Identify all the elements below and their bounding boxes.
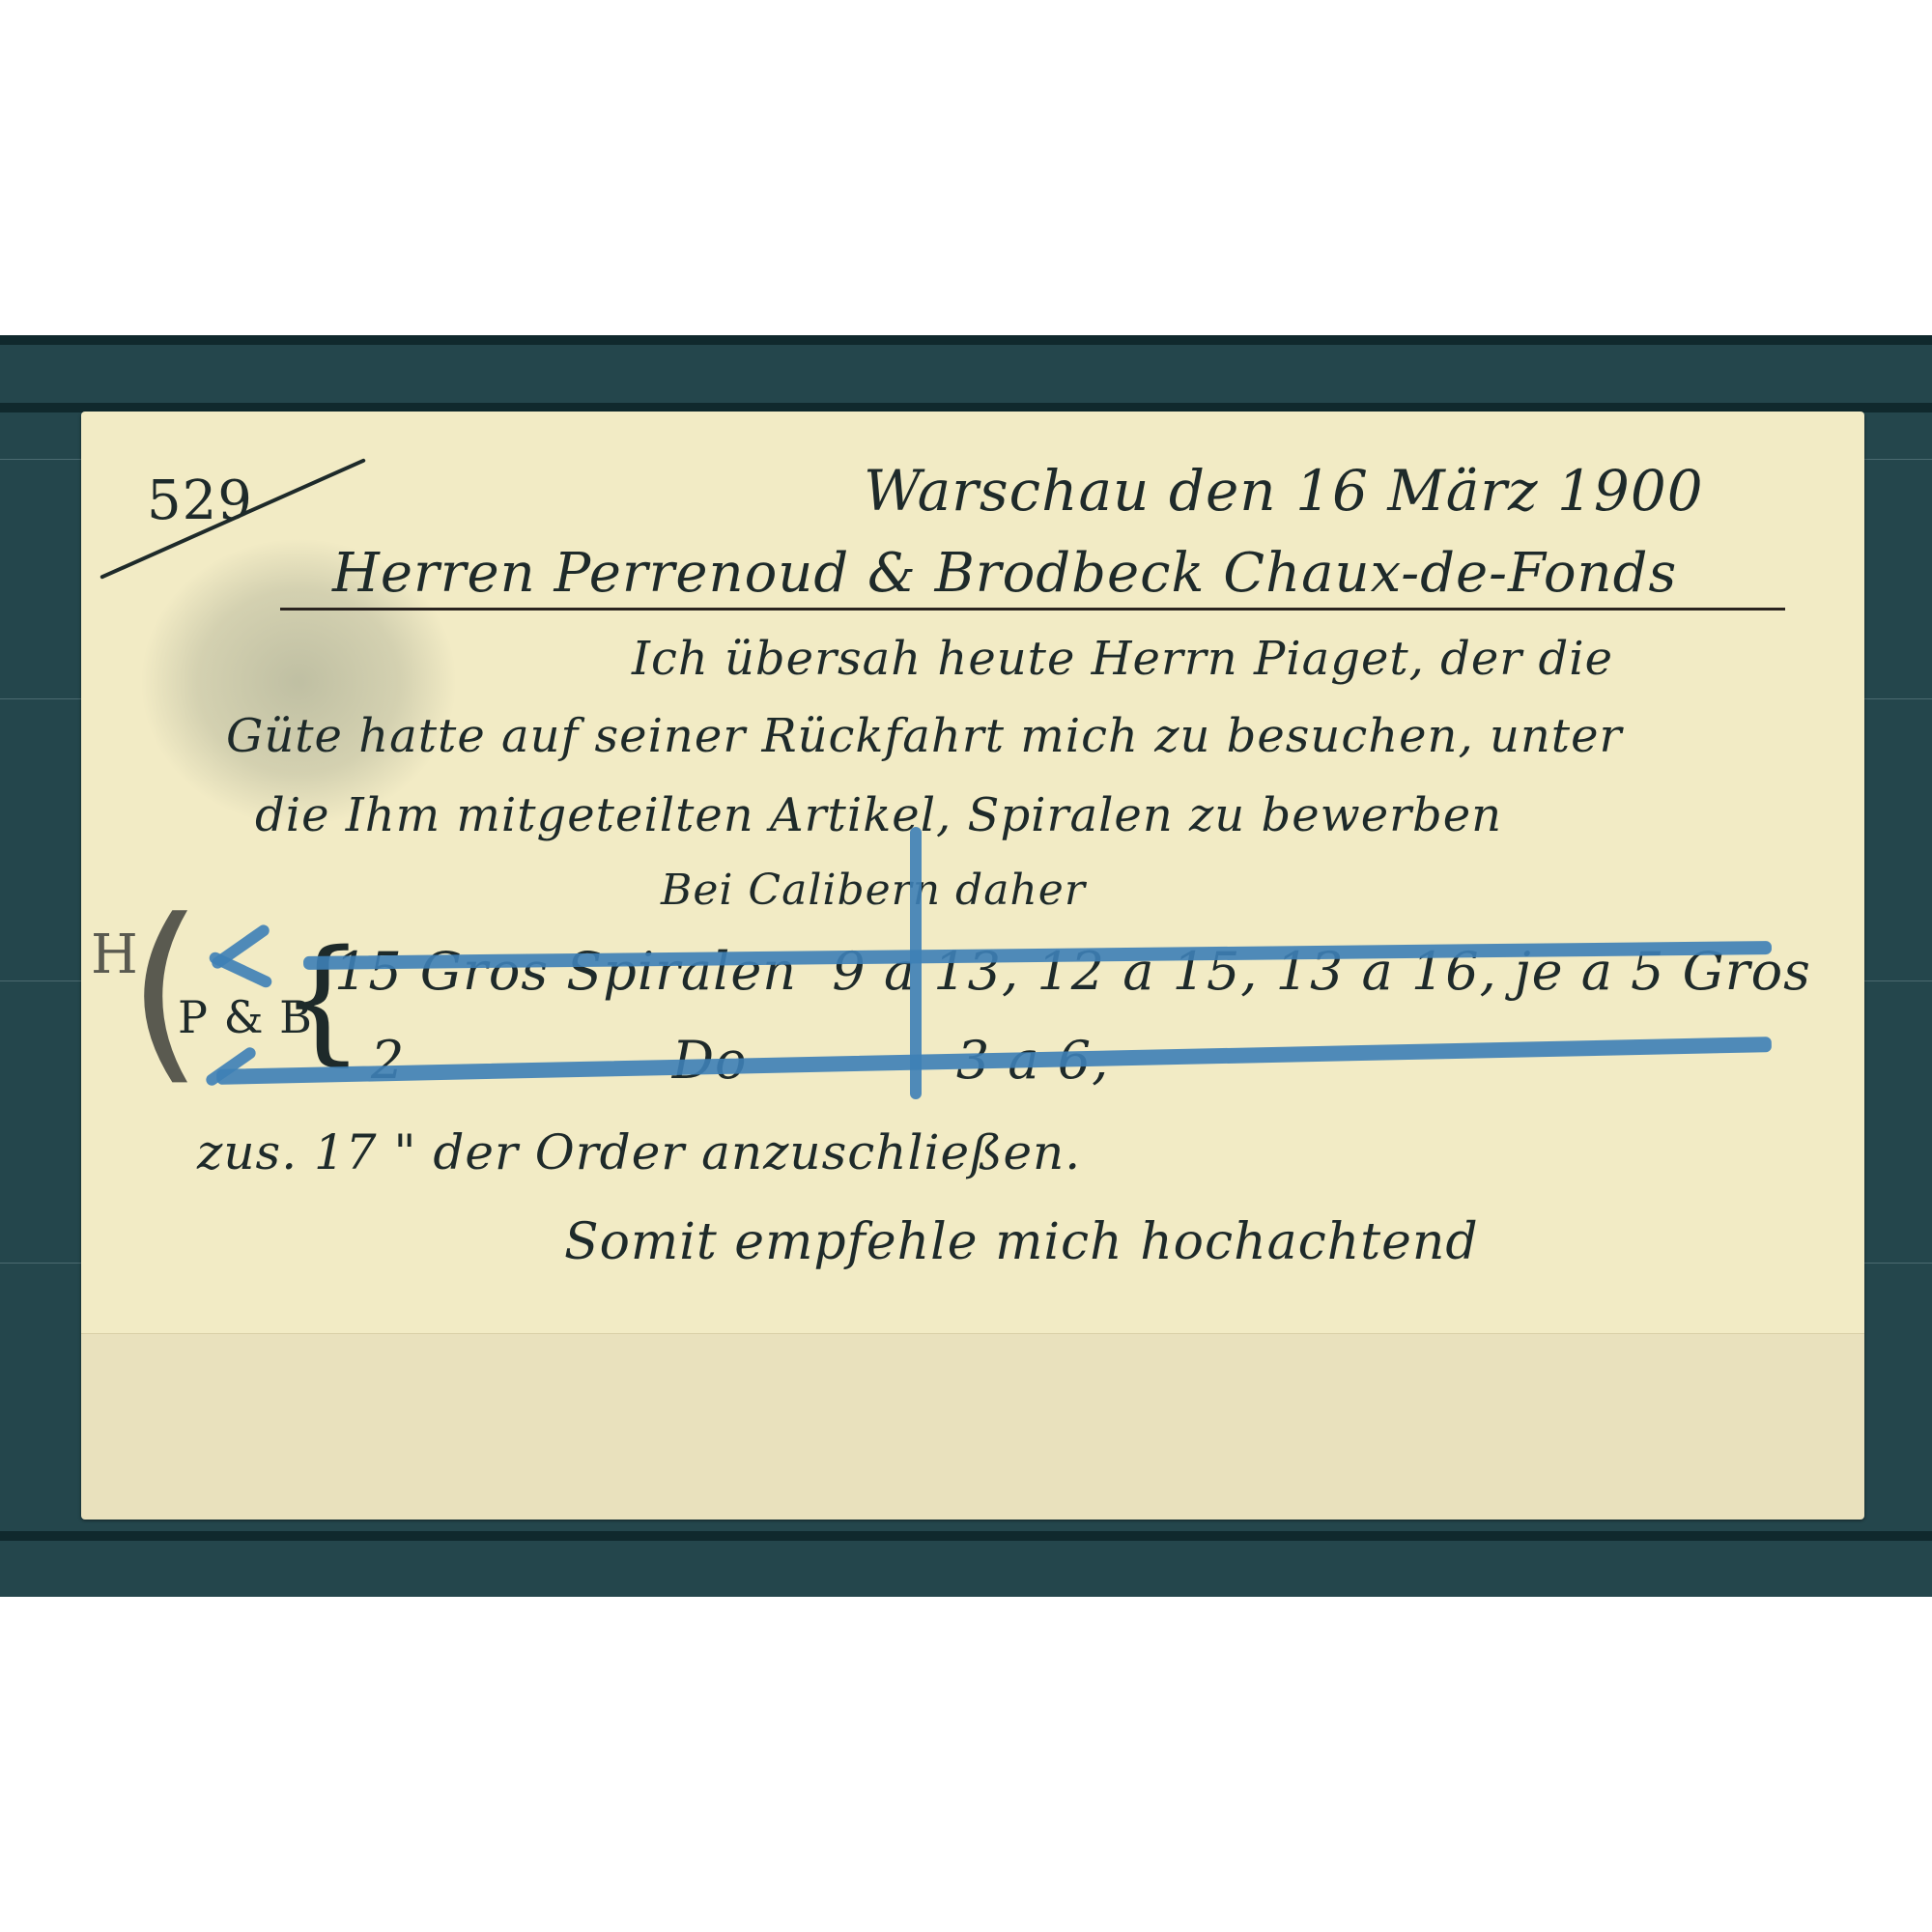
order-qty: 2 — [371, 1030, 405, 1091]
order-qty: 15 — [334, 941, 403, 1002]
blue-arrowhead — [208, 951, 274, 989]
body-line-4: Bei Calibern daher — [661, 866, 1086, 915]
blue-vertical-stroke — [910, 827, 922, 1099]
body-line-2: Güte hatte auf seiner Rückfahrt mich zu … — [226, 709, 1622, 763]
place-date: Warschau den 16 März 1900 — [864, 458, 1704, 524]
addressee-underline — [280, 608, 1785, 611]
postcard: 529 Warschau den 16 März 1900 Herren Per… — [81, 412, 1864, 1519]
closing: Somit empfehle mich hochachtend — [564, 1213, 1479, 1271]
album-strip — [0, 335, 1932, 345]
order-item: Gros Spiralen — [420, 941, 797, 1002]
card-lower-panel — [81, 1333, 1864, 1520]
reference-number: 529 — [147, 469, 253, 532]
body-line-3: die Ihm mitgeteilten Artikel, Spiralen z… — [255, 788, 1502, 842]
body-line-1: Ich übersah heute Herrn Piaget, der die — [632, 632, 1613, 686]
addressee: Herren Perrenoud & Brodbeck Chaux-de-Fon… — [332, 542, 1677, 605]
album-strip — [0, 1531, 1932, 1541]
total-line: zus. 17 " der Order anzuschließen. — [197, 1124, 1081, 1180]
